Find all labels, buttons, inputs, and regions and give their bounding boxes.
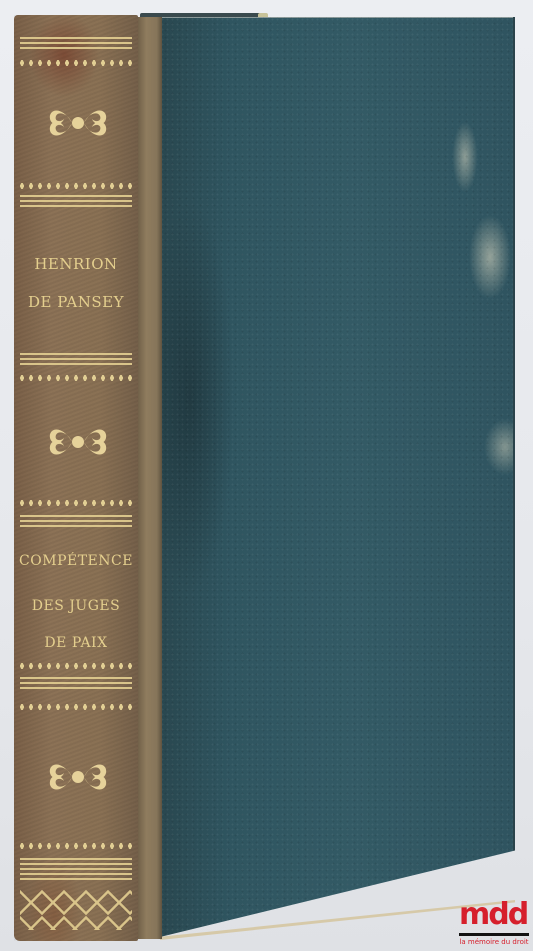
gilt-fillets (20, 195, 132, 210)
gilt-roll (18, 180, 134, 192)
leather-texture (14, 15, 138, 941)
gilt-fillets (20, 515, 132, 530)
fleuron-icon (42, 755, 114, 799)
logo-underline (459, 933, 529, 936)
gilt-roll (18, 840, 134, 852)
gilt-roll (18, 701, 134, 713)
gilt-roll (18, 372, 134, 384)
spine-title-line-3: DE PAIX (14, 635, 138, 651)
gilt-fillets (20, 677, 132, 692)
gilt-fillets (20, 858, 132, 883)
fleuron-icon (42, 101, 114, 145)
watermark-logo: mdd la mémoire du droit (455, 900, 533, 951)
spine-hinge (136, 17, 162, 939)
book-photo: HENRION DE PANSEY COMPÉTENCE DES JUGES D… (0, 0, 533, 951)
logo-tagline: la mémoire du droit (455, 938, 533, 946)
gilt-roll (18, 57, 134, 69)
front-cover (160, 17, 515, 937)
spine-title-line-2: DES JUGES (14, 598, 138, 614)
gilt-fillets (20, 37, 132, 52)
gilt-fillets (20, 353, 132, 368)
gilt-roll (18, 497, 134, 509)
gilt-roll (18, 660, 134, 672)
spine-author-line-1: HENRION (14, 255, 138, 273)
spine-author-line-2: DE PANSEY (14, 293, 138, 311)
fleuron-icon (42, 420, 114, 464)
gilt-lace-pattern (20, 890, 132, 930)
cloth-texture (160, 17, 513, 937)
logo-mark: mdd (459, 900, 527, 930)
book-spine: HENRION DE PANSEY COMPÉTENCE DES JUGES D… (14, 15, 138, 941)
spine-title-line-1: COMPÉTENCE (14, 553, 138, 569)
